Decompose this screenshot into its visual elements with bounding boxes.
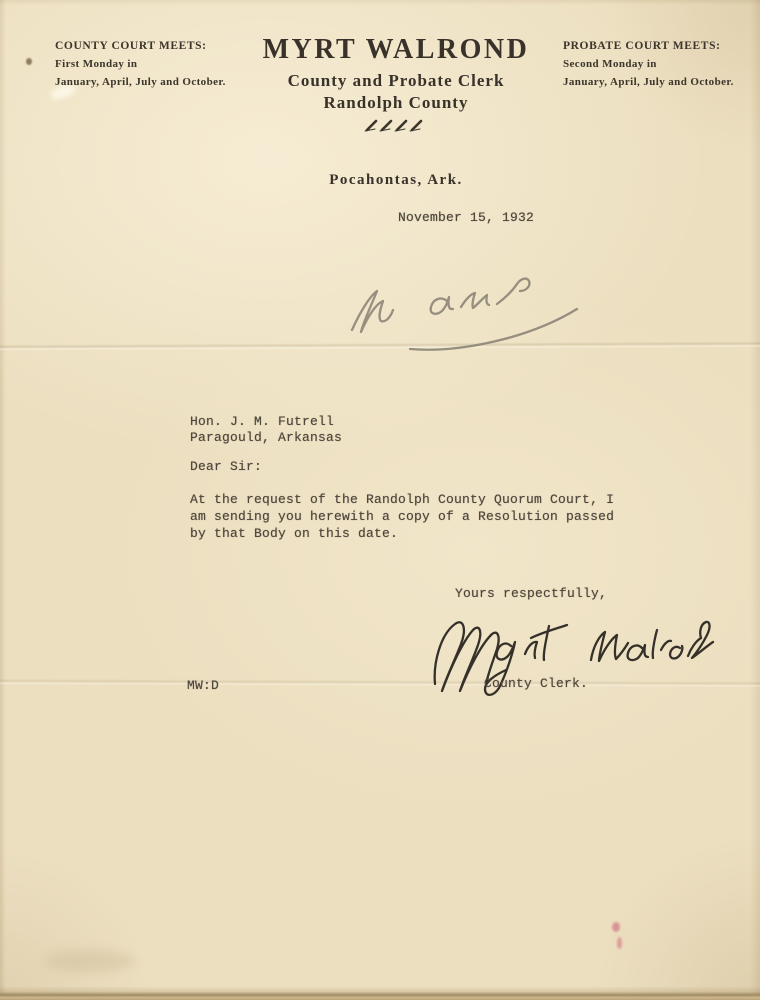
decorative-ornament-icon <box>363 118 427 134</box>
salutation: Dear Sir: <box>190 459 262 474</box>
county-court-notice-line: January, April, July and October. <box>55 76 255 88</box>
letterhead-county: Randolph County <box>231 93 561 113</box>
probate-court-notice: PROBATE COURT MEETS: Second Monday in Ja… <box>563 40 760 88</box>
letter-page: COUNTY COURT MEETS: First Monday in Janu… <box>0 0 760 1000</box>
signer-title: County Clerk. <box>484 676 588 691</box>
body-line: by that Body on this date. <box>190 526 398 541</box>
letterhead-role: County and Probate Clerk <box>231 71 561 91</box>
body-line: am sending you herewith a copy of a Reso… <box>190 509 614 524</box>
letterhead-center: MYRT WALROND County and Probate Clerk Ra… <box>231 34 561 113</box>
probate-court-notice-line: Second Monday in <box>563 58 760 70</box>
county-court-notice-line: First Monday in <box>55 58 255 70</box>
red-pencil-mark <box>612 922 620 932</box>
county-court-notice-title: COUNTY COURT MEETS: <box>55 40 255 52</box>
body-line: At the request of the Randolph County Qu… <box>190 492 614 507</box>
letterhead-name: MYRT WALROND <box>231 34 561 66</box>
paper-speck <box>26 58 32 65</box>
letter-date: November 15, 1932 <box>398 210 534 225</box>
handwritten-note: No ans <box>330 266 590 363</box>
probate-court-notice-line: January, April, July and October. <box>563 76 760 88</box>
red-pencil-mark <box>617 937 622 949</box>
county-court-notice: COUNTY COURT MEETS: First Monday in Janu… <box>55 40 255 88</box>
typist-initials: MW:D <box>187 678 219 693</box>
letterhead-city: Pocahontas, Ark. <box>231 172 561 189</box>
signature-script: Myrt Walrond <box>405 598 725 708</box>
paper-bottom-edge <box>0 986 760 1000</box>
recipient-name: Hon. J. M. Futrell <box>190 414 334 429</box>
probate-court-notice-title: PROBATE COURT MEETS: <box>563 40 760 52</box>
paper-smudge <box>45 950 135 972</box>
recipient-city: Paragould, Arkansas <box>190 430 342 445</box>
